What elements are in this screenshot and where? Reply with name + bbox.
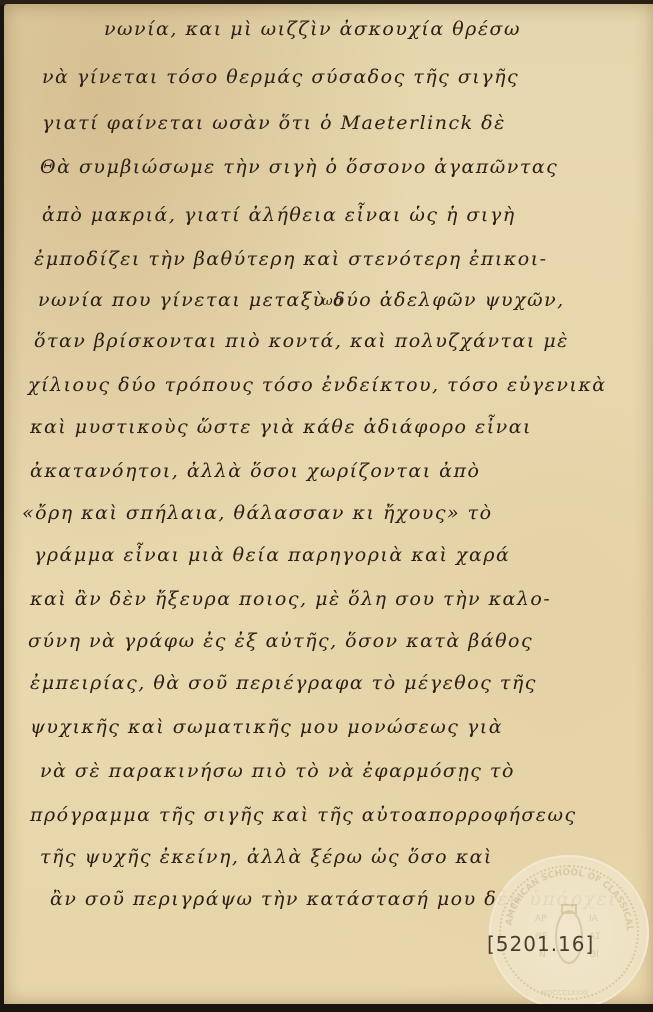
text-line-18: νὰ σὲ παρακινήσω πιὸ τὸ νὰ ἐφαρμόσῃς τὸ — [40, 760, 515, 782]
text-line-3: γιατί φαίνεται ωσὰν ὅτι ὁ Maeterlinck δὲ — [42, 112, 506, 134]
scan-border-bottom — [0, 1004, 653, 1012]
text-line-7: νωνία που γίνεται μεταξὺ δύο ἀδελφῶν ψυχ… — [38, 289, 565, 311]
svg-text:MDCCCLXXXI: MDCCCLXXXI — [541, 989, 587, 997]
text-line-19: πρόγραμμα τῆς σιγῆς καὶ τῆς αὐτοαπορροφή… — [30, 804, 577, 826]
text-line-4: Θὰ συμβιώσωμε τὴν σιγὴ ὁ ὅσσονο ἀγαπῶντα… — [40, 156, 558, 178]
svg-text:AMERICAN SCHOOL OF CLASSICAL S: AMERICAN SCHOOL OF CLASSICAL STUDIES — [489, 855, 634, 935]
letter-page: νωνία, και μὶ ωιζζὶν ἀσκουχία θρέσω νὰ γ… — [4, 4, 653, 1004]
svg-text:ΑΡ: ΑΡ — [535, 914, 547, 924]
text-line-15: σύνη νὰ γράφω ἐς ἐξ αὐτῆς, ὅσον κατὰ βάθ… — [28, 630, 533, 652]
text-line-16: ἐμπειρίας, θὰ σοῦ περιέγραφα τὸ μέγεθος … — [30, 672, 537, 694]
svg-text:ΙΑ: ΙΑ — [589, 914, 599, 924]
text-line-11: ἀκατανόητοι, ἀλλὰ ὅσοι χωρίζονται ἀπὸ — [30, 460, 480, 482]
text-line-13: γράμμα εἶναι μιὰ θεία παρηγοριὰ καὶ χαρά — [34, 544, 510, 566]
text-line-8: ὅταν βρίσκονται πιὸ κοντά, καὶ πολυζχάντ… — [34, 330, 569, 352]
text-line-20: τῆς ψυχῆς ἐκείνη, ἀλλὰ ξέρω ὡς ὅσο καὶ — [40, 846, 493, 868]
text-line-6: ἐμποδίζει τὴν βαθύτερη καὶ στενότερη ἐπι… — [34, 248, 548, 270]
text-line-17: ψυχικῆς καὶ σωματικῆς μου μονώσεως γιὰ — [30, 716, 503, 738]
text-line-5: ἀπὸ μακριά, γιατί ἀλήθεια εἶναι ὡς ἡ σιγ… — [42, 204, 516, 226]
text-line-9: χίλιους δύο τρόπους τόσο ἐνδείκτου, τόσο… — [28, 374, 607, 396]
text-line-1: νωνία, και μὶ ωιζζὶν ἀσκουχία θρέσω — [104, 18, 521, 40]
archival-reference-number: [5201.16] — [487, 932, 594, 956]
text-line-2: νὰ γίνεται τόσο θερμάς σύσαδος τῆς σιγῆς — [42, 66, 519, 88]
text-line-14: καὶ ἂν δὲν ἤξευρα ποιος, μὲ ὅλη σου τὴν … — [30, 588, 551, 610]
text-line-12: «ὄρη καὶ σπήλαια, θάλασσαν κι ἤχους» τὸ — [22, 502, 493, 524]
text-line-10: καὶ μυστικοὺς ὥστε γιὰ κάθε ἀδιάφορο εἶν… — [30, 416, 532, 438]
